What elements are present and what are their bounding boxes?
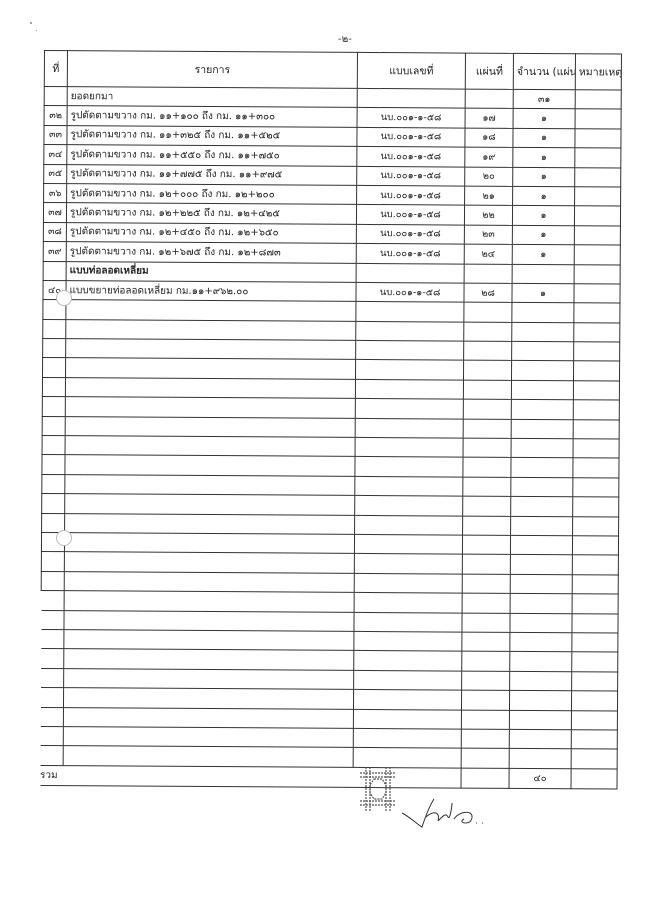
- row-no: ๓๕: [44, 164, 67, 184]
- row-sheet-no: ๑๗: [465, 108, 513, 128]
- total-label: รวม: [40, 765, 353, 787]
- row-drawing-no: นบ.๐๐๑-๑-๕๘: [356, 224, 464, 244]
- row-sheet-no: [461, 710, 509, 730]
- row-quantity: [511, 438, 573, 458]
- row-sheet-no: [464, 264, 512, 284]
- row-drawing-no: นบ.๐๐๑-๑-๕๘: [357, 147, 465, 167]
- row-drawing-no: [354, 631, 462, 651]
- row-sheet-no: [461, 690, 509, 710]
- row-no: ๓๔: [44, 145, 67, 165]
- row-drawing-no: [356, 321, 464, 341]
- row-sheet-no: [463, 438, 511, 458]
- row-drawing-no: นบ.๐๐๑-๑-๕๘: [356, 205, 464, 225]
- row-drawing-no: [356, 340, 464, 360]
- row-remark: [571, 691, 617, 711]
- row-item: รูปตัดตามขวาง กม. ๑๒+๒๒๕ ถึง กม. ๑๒+๔๒๕: [66, 203, 356, 224]
- row-item: [65, 474, 355, 495]
- row-quantity: [511, 419, 573, 439]
- row-drawing-no: [353, 748, 461, 768]
- row-remark: [572, 536, 618, 556]
- row-remark: [575, 109, 621, 129]
- row-sheet-no: [462, 554, 510, 574]
- row-drawing-no: นบ.๐๐๑-๑-๕๘: [356, 244, 464, 264]
- row-quantity: [511, 380, 573, 400]
- row-quantity: [509, 729, 571, 749]
- row-remark: [572, 633, 618, 653]
- row-sheet-no: [463, 477, 511, 497]
- row-drawing-no: [355, 476, 463, 496]
- row-quantity: [512, 341, 574, 361]
- row-item: [64, 591, 354, 612]
- row-remark: [575, 187, 621, 207]
- row-quantity: [510, 652, 572, 672]
- row-quantity: [510, 632, 572, 652]
- row-item: รูปตัดตามขวาง กม. ๑๒+๔๕๐ ถึง กม. ๑๒+๖๕๐: [66, 222, 356, 243]
- row-drawing-no: [356, 302, 464, 322]
- row-no: [43, 339, 66, 359]
- row-sheet-no: ๒๒: [464, 205, 512, 225]
- punch-hole: [56, 530, 72, 546]
- row-drawing-no: [356, 263, 464, 283]
- row-remark: [572, 671, 618, 691]
- row-no: [43, 358, 66, 378]
- row-drawing-no: [355, 496, 463, 516]
- row-sheet-no: [463, 399, 511, 419]
- row-item: [65, 358, 355, 379]
- row-drawing-no: [355, 515, 463, 535]
- row-drawing-no: [354, 573, 462, 593]
- row-quantity: ๑: [512, 244, 574, 264]
- row-drawing-no: [353, 690, 461, 710]
- row-quantity: [511, 400, 573, 420]
- row-quantity: ๑: [512, 283, 574, 303]
- row-no: [42, 436, 65, 456]
- row-item: รูปตัดตามขวาง กม. ๑๑+๓๒๕ ถึง กม. ๑๑+๕๒๕: [67, 125, 357, 146]
- row-drawing-no: [353, 728, 461, 748]
- row-no: ๓๖: [44, 183, 67, 203]
- row-sheet-no: [464, 341, 512, 361]
- row-quantity: [511, 516, 573, 536]
- row-remark: [575, 129, 621, 149]
- row-no: [42, 494, 65, 514]
- row-quantity: ๑: [513, 148, 575, 168]
- row-remark: [573, 400, 619, 420]
- row-item: รูปตัดตามขวาง กม. ๑๑+๗๗๕ ถึง กม. ๑๑+๙๗๕: [67, 164, 357, 185]
- row-drawing-no: นบ.๐๐๑-๑-๕๘: [357, 127, 465, 147]
- row-remark: [575, 90, 621, 110]
- row-drawing-no: นบ.๐๐๑-๑-๕๘: [356, 282, 464, 302]
- row-no: [43, 319, 66, 339]
- header-item: รายการ: [67, 51, 357, 89]
- row-remark: [574, 303, 620, 323]
- row-item: [63, 727, 353, 748]
- row-sheet-no: ๒๔: [464, 244, 512, 264]
- row-no: [41, 629, 64, 649]
- row-no: [41, 649, 64, 669]
- row-remark: [572, 613, 618, 633]
- row-quantity: [511, 497, 573, 517]
- row-item: รูปตัดตามขวาง กม. ๑๑+๕๕๐ ถึง กม. ๑๑+๗๕๐: [67, 145, 357, 166]
- total-remark: [571, 768, 617, 788]
- row-sheet-no: [463, 361, 511, 381]
- row-remark: [575, 148, 621, 168]
- punch-hole: [56, 290, 72, 306]
- row-remark: [574, 284, 620, 304]
- row-remark: [573, 381, 619, 401]
- row-drawing-no: [355, 457, 463, 477]
- row-quantity: ๑: [513, 109, 575, 129]
- row-remark: [572, 575, 618, 595]
- row-remark: [574, 206, 620, 226]
- scan-speck: [30, 22, 32, 24]
- scan-speck: [36, 30, 37, 31]
- row-drawing-no: [355, 360, 463, 380]
- row-drawing-no: [355, 399, 463, 419]
- row-sheet-no: ๑๙: [465, 147, 513, 167]
- row-sheet-no: [463, 457, 511, 477]
- row-item: [64, 668, 354, 689]
- row-quantity: [511, 477, 573, 497]
- row-remark: [574, 322, 620, 342]
- row-quantity: ๑: [513, 167, 575, 187]
- row-no: [43, 261, 66, 281]
- row-remark: [572, 555, 618, 575]
- row-drawing-no: [355, 437, 463, 457]
- row-sheet-no: [462, 593, 510, 613]
- row-quantity: ๑: [513, 186, 575, 206]
- row-sheet-no: [463, 516, 511, 536]
- row-no: [42, 377, 65, 397]
- row-item: [63, 707, 353, 728]
- row-remark: [574, 264, 620, 284]
- row-item: [66, 300, 356, 321]
- row-no: [41, 591, 64, 611]
- row-quantity: [512, 322, 574, 342]
- row-quantity: ๑: [512, 225, 574, 245]
- row-sheet-no: [463, 380, 511, 400]
- row-remark: [575, 167, 621, 187]
- row-item: [65, 513, 355, 534]
- row-no: [40, 688, 63, 708]
- row-drawing-no: [354, 651, 462, 671]
- drawing-list-table: ที่ รายการ แบบเลขที่ แผ่นที่ จำนวน (แผ่น…: [40, 50, 622, 789]
- row-sheet-no: [463, 496, 511, 516]
- row-drawing-no: [357, 88, 465, 108]
- row-item: [65, 397, 355, 418]
- row-quantity: [510, 594, 572, 614]
- row-quantity: ๑: [512, 206, 574, 226]
- row-quantity: [510, 613, 572, 633]
- row-remark: [574, 225, 620, 245]
- row-remark: [572, 594, 618, 614]
- row-no: [41, 552, 64, 572]
- header-drawing-no: แบบเลขที่: [357, 52, 465, 89]
- row-remark: [571, 730, 617, 750]
- row-sheet-no: [462, 651, 510, 671]
- header-remark: หมายเหตุ: [575, 54, 621, 90]
- total-row: รวม๔๐: [40, 765, 617, 789]
- row-no: ๓๒: [44, 106, 67, 126]
- row-item: ยอดยกมา: [67, 87, 357, 108]
- table-header-row: ที่ รายการ แบบเลขที่ แผ่นที่ จำนวน (แผ่น…: [44, 51, 621, 91]
- row-drawing-no: [354, 593, 462, 613]
- row-remark: [574, 342, 620, 362]
- row-item: [64, 610, 354, 631]
- row-drawing-no: [354, 554, 462, 574]
- row-remark: [573, 419, 619, 439]
- row-item: [65, 416, 355, 437]
- row-remark: [573, 458, 619, 478]
- row-item: [66, 339, 356, 360]
- row-quantity: [510, 555, 572, 575]
- row-drawing-no: นบ.๐๐๑-๑-๕๘: [357, 108, 465, 128]
- row-quantity: [511, 361, 573, 381]
- row-sheet-no: ๒๓: [464, 225, 512, 245]
- row-item: [64, 533, 354, 554]
- row-sheet-no: [462, 535, 510, 555]
- row-quantity: ๓๑: [513, 89, 575, 109]
- row-quantity: [511, 458, 573, 478]
- row-no: ๓๙: [43, 242, 66, 262]
- row-no: [40, 746, 63, 766]
- row-sheet-no: [464, 302, 512, 322]
- row-no: ๓๘: [43, 222, 66, 242]
- row-drawing-no: [353, 709, 461, 729]
- header-no: ที่: [44, 51, 67, 87]
- row-drawing-no: [355, 379, 463, 399]
- row-item: [65, 494, 355, 515]
- row-sheet-no: ๒๐: [465, 167, 513, 187]
- row-sheet-no: [461, 748, 509, 768]
- row-remark: [573, 361, 619, 381]
- row-sheet-no: [461, 729, 509, 749]
- row-item: [64, 552, 354, 573]
- signature-icon: [400, 795, 500, 835]
- row-item: [66, 319, 356, 340]
- header-quantity: จำนวน (แผ่น): [513, 53, 575, 89]
- row-drawing-no: [354, 534, 462, 554]
- row-no: [40, 707, 63, 727]
- row-sheet-no: [462, 574, 510, 594]
- row-item: [65, 455, 355, 476]
- row-no: [40, 726, 63, 746]
- row-item: รูปตัดตามขวาง กม. ๑๒+๐๐๐ ถึง กม. ๑๒+๒๐๐: [67, 184, 357, 205]
- row-quantity: [510, 535, 572, 555]
- row-no: ๓๓: [44, 125, 67, 145]
- row-no: [44, 87, 67, 107]
- row-drawing-no: [354, 670, 462, 690]
- row-item: [63, 688, 353, 709]
- total-sheet-no: [461, 768, 509, 788]
- row-remark: [572, 652, 618, 672]
- row-quantity: [509, 749, 571, 769]
- row-item: รูปตัดตามขวาง กม. ๑๒+๖๗๕ ถึง กม. ๑๒+๘๗๓: [66, 242, 356, 263]
- row-item: [65, 377, 355, 398]
- row-item: [64, 630, 354, 651]
- row-item: แบบท่อลอดเหลี่ยม: [66, 261, 356, 282]
- row-quantity: [509, 690, 571, 710]
- official-stamp-icon: [360, 767, 396, 811]
- row-drawing-no: [354, 612, 462, 632]
- row-drawing-no: นบ.๐๐๑-๑-๕๘: [357, 166, 465, 186]
- row-sheet-no: ๒๑: [465, 186, 513, 206]
- total-quantity: ๔๐: [509, 768, 571, 788]
- row-item: [64, 649, 354, 670]
- row-quantity: ๑: [513, 128, 575, 148]
- row-quantity: [512, 303, 574, 323]
- row-remark: [571, 749, 617, 769]
- row-remark: [573, 516, 619, 536]
- row-sheet-no: [462, 632, 510, 652]
- row-no: [41, 571, 64, 591]
- header-sheet-no: แผ่นที่: [465, 53, 513, 89]
- row-item: รูปตัดตามขวาง กม. ๑๑+๑๐๐ ถึง กม. ๑๑+๓๐๐: [67, 106, 357, 127]
- row-item: [63, 746, 353, 767]
- row-item: [64, 571, 354, 592]
- row-quantity: [510, 671, 572, 691]
- row-sheet-no: ๒๘: [464, 283, 512, 303]
- row-no: [42, 416, 65, 436]
- row-quantity: [512, 264, 574, 284]
- row-drawing-no: นบ.๐๐๑-๑-๕๘: [357, 185, 465, 205]
- row-remark: [573, 478, 619, 498]
- row-remark: [574, 245, 620, 265]
- row-no: [42, 474, 65, 494]
- row-no: [41, 668, 64, 688]
- row-quantity: [510, 574, 572, 594]
- page-number: -๒-: [338, 32, 352, 47]
- table-body: ยอดยกมา๓๑๓๒รูปตัดตามขวาง กม. ๑๑+๑๐๐ ถึง …: [40, 87, 621, 789]
- row-sheet-no: ๑๘: [465, 128, 513, 148]
- row-no: [42, 397, 65, 417]
- row-remark: [571, 710, 617, 730]
- row-sheet-no: [463, 419, 511, 439]
- row-remark: [573, 439, 619, 459]
- row-sheet-no: [462, 613, 510, 633]
- row-no: [41, 610, 64, 630]
- row-item: [65, 436, 355, 457]
- row-no: [42, 455, 65, 475]
- row-sheet-no: [464, 322, 512, 342]
- row-item: แบบขยายท่อลอดเหลี่ยม กม.๑๑+๙๖๒.๐๐: [66, 281, 356, 302]
- row-drawing-no: [355, 418, 463, 438]
- row-no: ๓๗: [43, 203, 66, 223]
- row-sheet-no: [465, 89, 513, 109]
- row-remark: [573, 497, 619, 517]
- row-sheet-no: [462, 671, 510, 691]
- row-quantity: [509, 710, 571, 730]
